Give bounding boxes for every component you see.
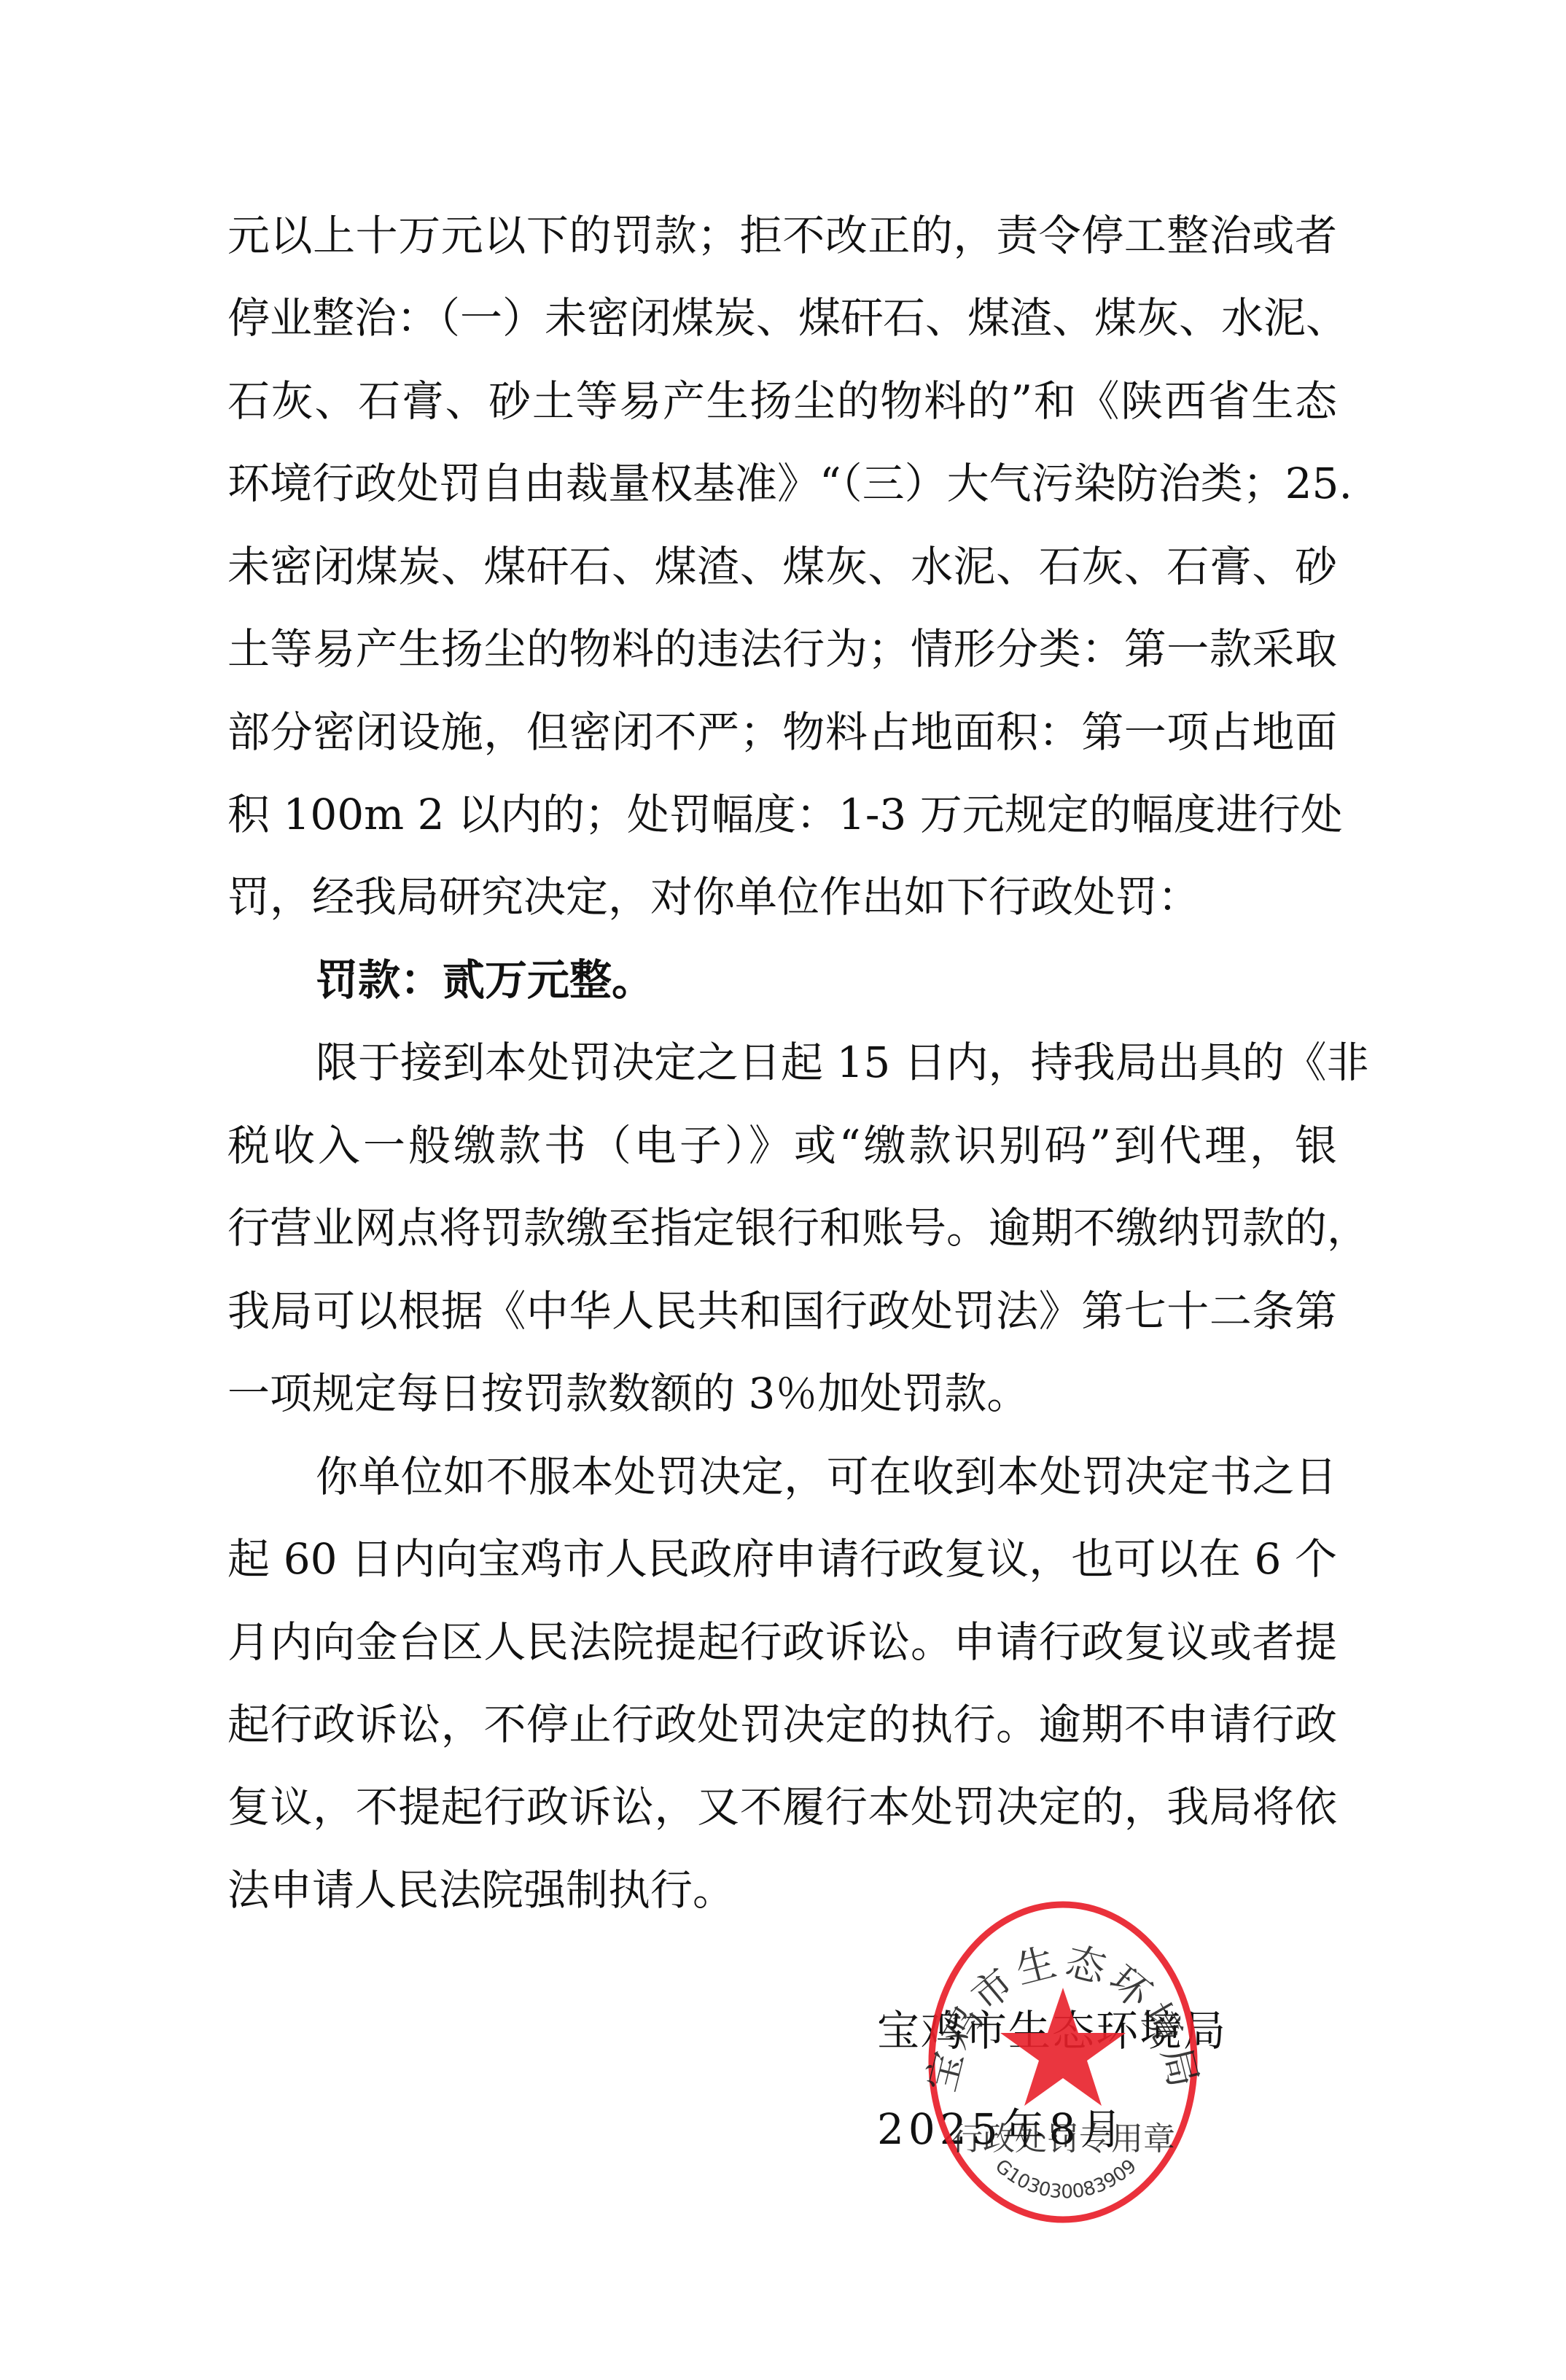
issue-date: 2025年8月 — [877, 2100, 1127, 2158]
issuer-signature: 宝鸡市生态环境局 — [877, 2002, 1227, 2060]
body-text-line: 积 100m 2 以内的；处罚幅度：1-3 万元规定的幅度进行处 — [227, 785, 1337, 844]
body-text-line: 起 60 日内向宝鸡市人民政府申请行政复议，也可以在 6 个 — [227, 1530, 1337, 1588]
body-text-line: 一项规定每日按罚款数额的 3％加处罚款。 — [227, 1364, 1337, 1423]
body-text-line: 部分密闭设施，但密闭不严；物料占地面积：第一项占地面 — [227, 703, 1337, 761]
body-text-line: 税收入一般缴款书（电子）》或“缴款识别码”到代理，银 — [227, 1116, 1337, 1175]
seal-icon: 宝鸡市生态环境局行政处罚专用章G103030083909 — [927, 1900, 1199, 2224]
body-text-line: 月内向金台区人民法院提起行政诉讼。申请行政复议或者提 — [227, 1613, 1337, 1671]
body-text-line: 石灰、石膏、砂土等易产生扬尘的物料的”和《陕西省生态 — [227, 372, 1337, 430]
penalty-amount-line: 罚款：贰万元整。 — [316, 951, 1337, 1009]
body-text-line: 你单位如不服本处罚决定，可在收到本处罚决定书之日 — [316, 1447, 1337, 1506]
body-text-line: 元以上十万元以下的罚款；拒不改正的，责令停工整治或者 — [227, 206, 1337, 265]
body-text-line: 起行政诉讼，不停止行政处罚决定的执行。逾期不申请行政 — [227, 1695, 1337, 1754]
body-text-line: 我局可以根据《中华人民共和国行政处罚法》第七十二条第 — [227, 1282, 1337, 1340]
body-text-line: 罚，经我局研究决定，对你单位作出如下行政处罚： — [227, 868, 1337, 926]
body-text-line: 限于接到本处罚决定之日起 15 日内，持我局出具的《非 — [316, 1033, 1337, 1092]
body-text-line: 复议，不提起行政诉讼，又不履行本处罚决定的，我局将依 — [227, 1778, 1337, 1836]
body-text-line: 行营业网点将罚款缴至指定银行和账号。逾期不缴纳罚款的， — [227, 1199, 1337, 1257]
body-text-line: 法申请人民法院强制执行。 — [227, 1861, 1337, 1919]
body-text-line: 停业整治：（一）未密闭煤炭、煤矸石、煤渣、煤灰、水泥、 — [227, 289, 1337, 347]
official-seal-stamp: 宝鸡市生态环境局行政处罚专用章G103030083909 — [927, 1900, 1199, 2224]
body-text-line: 未密闭煤炭、煤矸石、煤渣、煤灰、水泥、石灰、石膏、砂 — [227, 537, 1337, 596]
body-text-line: 环境行政处罚自由裁量权基准》“（三）大气污染防治类；25. — [227, 454, 1337, 513]
body-text-line: 土等易产生扬尘的物料的违法行为；情形分类：第一款采取 — [227, 620, 1337, 678]
svg-text:G103030083909: G103030083909 — [991, 2155, 1141, 2204]
document-page: 元以上十万元以下的罚款；拒不改正的，责令停工整治或者停业整治：（一）未密闭煤炭、… — [0, 0, 1566, 2380]
